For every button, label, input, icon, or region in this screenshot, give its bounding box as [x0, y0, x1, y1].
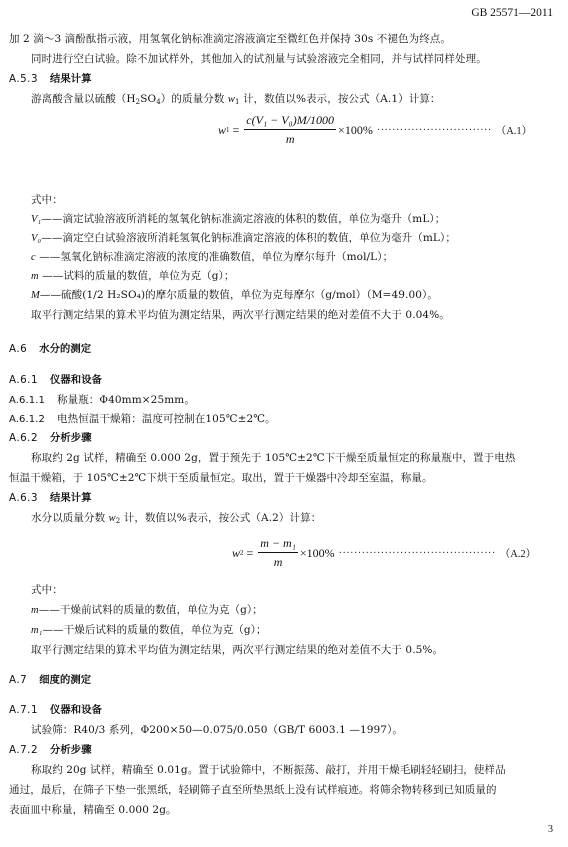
- document-page: GB 25571—2011 加 2 滴～3 滴酚酞指示液，用氢氧化钠标准滴定溶液…: [0, 0, 568, 847]
- section-heading-a72: A.7.2分析步骤: [9, 743, 92, 757]
- section-heading-a62: A.6.2分析步骤: [9, 431, 92, 445]
- page-number: 3: [548, 824, 553, 835]
- section-heading-a53: A.5.3结果计算: [9, 72, 92, 86]
- equation-label: （A.1）: [496, 123, 532, 138]
- paragraph-line: 同时进行空白试验。除不加试样外，其他加入的试剂量与试验溶液完全相同，并与试样同样…: [31, 52, 487, 66]
- formula-intro: 水分以质量分数 w2 计，数值以%表示，按公式（A.2）计算：: [31, 511, 321, 528]
- variable-def: V₀——滴定空白试验溶液所消耗氢氧化钠标准滴定溶液的体积的数值，单位为毫升（mL…: [31, 231, 456, 246]
- formula-a2: w2 = m − m₁ m ×100% ····················…: [232, 536, 536, 570]
- variable-def: c ——氢氧化钠标准滴定溶液的浓度的准确数值，单位为摩尔每升（mol/L）；: [31, 250, 393, 265]
- variable-def: m ——试料的质量的数值，单位为克（g）；: [31, 269, 235, 284]
- variable-def: V₁——滴定试验溶液所消耗的氢氧化钠标准滴定溶液的体积的数值，单位为毫升（mL）…: [31, 212, 445, 227]
- formula-intro: 游离酸含量以硫酸（H2SO4）的质量分数 w1 计，数值以%表示，按公式（A.1…: [31, 92, 441, 109]
- section-title: 结果计算: [50, 73, 92, 85]
- variable-def: M——硫酸(1/2 H₂SO₄)的摩尔质量的数值，单位为克每摩尔（g/mol）（…: [31, 288, 438, 303]
- fraction: c(V₁ − V₀)M/1000 m: [244, 113, 336, 147]
- paragraph-line: 通过，最后，在筛子下垫一张黑纸，轻刷筛子直至所垫黑纸上没有试样痕迹。将筛余物转移…: [9, 783, 497, 797]
- paragraph-line: 称取约 20g 试样，精确至 0.01g。置于试验筛中，不断振荡、敲打，并用干燥…: [31, 763, 506, 777]
- item-a611: A.6.1.1称量瓶：Φ40mm×25mm。: [9, 393, 195, 408]
- section-heading-a7: A.7细度的测定: [9, 673, 91, 687]
- section-heading-a71: A.7.1仪器和设备: [9, 703, 102, 717]
- fraction: m − m₁ m: [258, 536, 298, 570]
- where-label: 式中：: [31, 583, 63, 597]
- paragraph-line: 试验筛：R40/3 系列，Φ200×50—0.075/0.050（GB/T 60…: [31, 723, 403, 737]
- note-text: 取平行测定结果的算术平均值为测定结果，两次平行测定结果的绝对差值不大于 0.04…: [31, 308, 450, 322]
- section-heading-a6: A.6水分的测定: [9, 342, 91, 356]
- standard-code: GB 25571—2011: [471, 7, 553, 19]
- variable-def: m——干燥前试料的质量的数值，单位为克（g）；: [31, 603, 263, 618]
- paragraph-line: 加 2 滴～3 滴酚酞指示液，用氢氧化钠标准滴定溶液滴定至微红色并保持 30s …: [9, 32, 451, 46]
- where-label: 式中：: [31, 193, 63, 207]
- paragraph-line: 表面皿中称量，精确至 0.000 2g。: [9, 803, 177, 817]
- section-number: A.5.3: [9, 72, 38, 86]
- section-heading-a61: A.6.1仪器和设备: [9, 373, 102, 387]
- section-heading-a63: A.6.3结果计算: [9, 491, 92, 505]
- equation-label: （A.2）: [500, 546, 536, 561]
- formula-a1: w1 = c(V₁ − V₀)M/1000 m ×100% ··········…: [218, 113, 532, 147]
- note-text: 取平行测定结果的算术平均值为测定结果，两次平行测定结果的绝对差值不大于 0.5%…: [31, 643, 443, 657]
- paragraph-line: 称取约 2g 试样，精确至 0.000 2g，置于预先于 105℃±2℃下干燥至…: [31, 451, 515, 465]
- paragraph-line: 恒温干燥箱，于 105℃±2℃下烘干至质量恒定。取出，置于干燥器中冷却至室温，称…: [9, 471, 433, 485]
- variable-def: m₁——干燥后试料的质量的数值，单位为克（g）；: [31, 623, 267, 638]
- item-a612: A.6.1.2电热恒温干燥箱：温度可控制在105℃±2℃。: [9, 412, 276, 427]
